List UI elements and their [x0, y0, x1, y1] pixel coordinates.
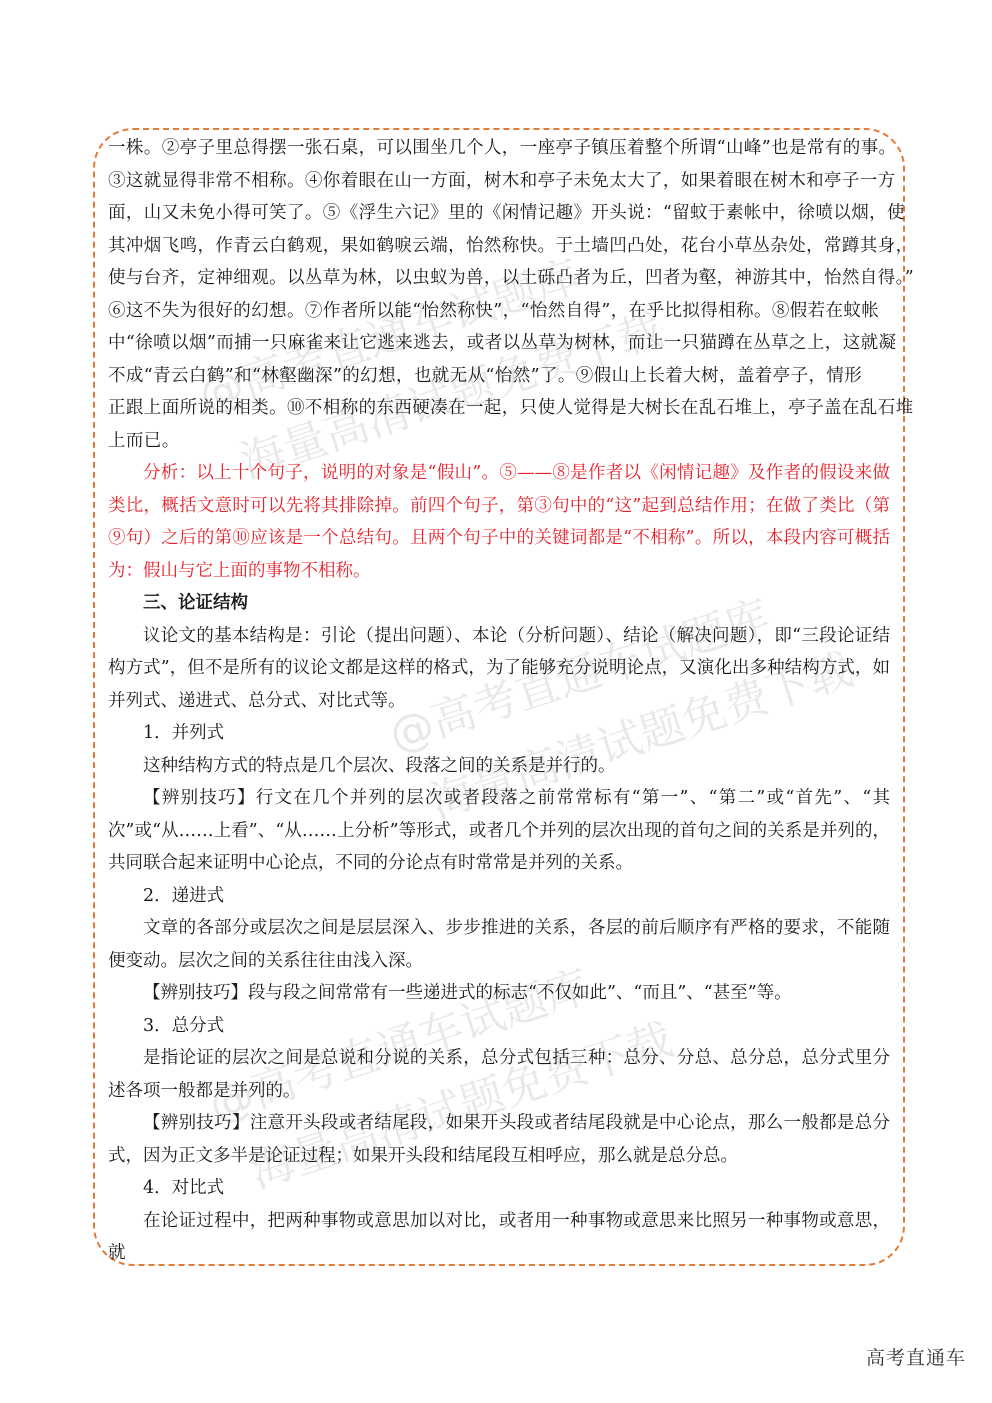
subsection-contrast: 4．对比式 在论证过程中，把两种事物或意思加以对比，或者用一种事物或意思来比照另… — [108, 1172, 890, 1270]
passage-line: 中“徐喷以烟”而捕一只麻雀来让它逃来逃去，或者以丛草为树林，而让一只猫蹲在丛草之… — [108, 327, 890, 360]
subsection-tip: 【辨别技巧】段与段之间常常有一些递进式的标志“不仅如此”、“而且”、“甚至”等。 — [108, 977, 890, 1010]
analysis-paragraph: 分析：以上十个句子，说明的对象是“假山”。⑤——⑧是作者以《闲情记趣》及作者的假… — [108, 457, 890, 587]
subsection-parallel: 1．并列式 这种结构方式的特点是几个层次、段落之间的关系是并行的。 【辨别技巧】… — [108, 717, 890, 880]
subsection-progressive: 2．递进式 文章的各部分或层次之间是层层深入、步步推进的关系，各层的前后顺序有严… — [108, 880, 890, 1010]
subsection-title: 4．对比式 — [108, 1172, 890, 1205]
subsection-title: 3．总分式 — [108, 1010, 890, 1043]
passage-line: 正跟上面所说的相类。⑩不相称的东西硬凑在一起，只使人觉得是大树长在乱石堆上，亭子… — [108, 392, 890, 425]
passage: 一株。②亭子里总得摆一张石桌，可以围坐几个人，一座亭子镇压着整个所谓“山峰”也是… — [108, 132, 890, 457]
footer-brand: 高考直通车 — [866, 1343, 966, 1370]
subsection-title: 1．并列式 — [108, 717, 890, 750]
passage-line: 面，山又未免小得可笑了。⑤《浮生六记》里的《闲情记趣》开头说：“留蚊于素帐中，徐… — [108, 197, 890, 230]
subsection-general-specific: 3．总分式 是指论证的层次之间是总说和分说的关系，总分式包括三种：总分、分总、总… — [108, 1010, 890, 1173]
passage-line: ③这就显得非常不相称。④你着眼在山一方面，树木和亭子未免太大了，如果着眼在树木和… — [108, 165, 890, 198]
passage-line: 其冲烟飞鸣，作青云白鹤观，果如鹤唳云端，怡然称快。于土墙凹凸处，花台小草丛杂处，… — [108, 230, 890, 263]
passage-line: 不成“青云白鹤”和“林壑幽深”的幻想，也就无从“怡然”了。⑨假山上长着大树，盖着… — [108, 360, 890, 393]
subsection-tip: 【辨别技巧】行文在几个并列的层次或者段落之前常常标有“第一”、“第二”或“首先”… — [108, 782, 890, 880]
passage-line: 一株。②亭子里总得摆一张石桌，可以围坐几个人，一座亭子镇压着整个所谓“山峰”也是… — [108, 132, 890, 165]
subsection-tip: 【辨别技巧】注意开头段或者结尾段，如果开头段或者结尾段就是中心论点，那么一般都是… — [108, 1107, 890, 1172]
passage-line: 使与台齐，定神细观。以丛草为林，以虫蚁为兽，以土砾凸者为丘，凹者为壑，神游其中，… — [108, 262, 890, 295]
subsection-desc: 这种结构方式的特点是几个层次、段落之间的关系是并行的。 — [108, 750, 890, 783]
document-content: 一株。②亭子里总得摆一张石桌，可以围坐几个人，一座亭子镇压着整个所谓“山峰”也是… — [108, 132, 890, 1270]
subsection-desc: 在论证过程中，把两种事物或意思加以对比，或者用一种事物或意思来比照另一种事物或意… — [108, 1205, 890, 1270]
section-heading: 三、论证结构 — [108, 587, 890, 620]
passage-line: 上而已。 — [108, 425, 890, 458]
subsection-title: 2．递进式 — [108, 880, 890, 913]
section-intro: 议论文的基本结构是：引论（提出问题）、本论（分析问题）、结论（解决问题），即“三… — [108, 620, 890, 718]
passage-line: ⑥这不失为很好的幻想。⑦作者所以能“怡然称快”，“怡然自得”，在乎比拟得相称。⑧… — [108, 295, 890, 328]
subsection-desc: 是指论证的层次之间是总说和分说的关系，总分式包括三种：总分、分总、总分总，总分式… — [108, 1042, 890, 1107]
subsection-desc: 文章的各部分或层次之间是层层深入、步步推进的关系，各层的前后顺序有严格的要求，不… — [108, 912, 890, 977]
